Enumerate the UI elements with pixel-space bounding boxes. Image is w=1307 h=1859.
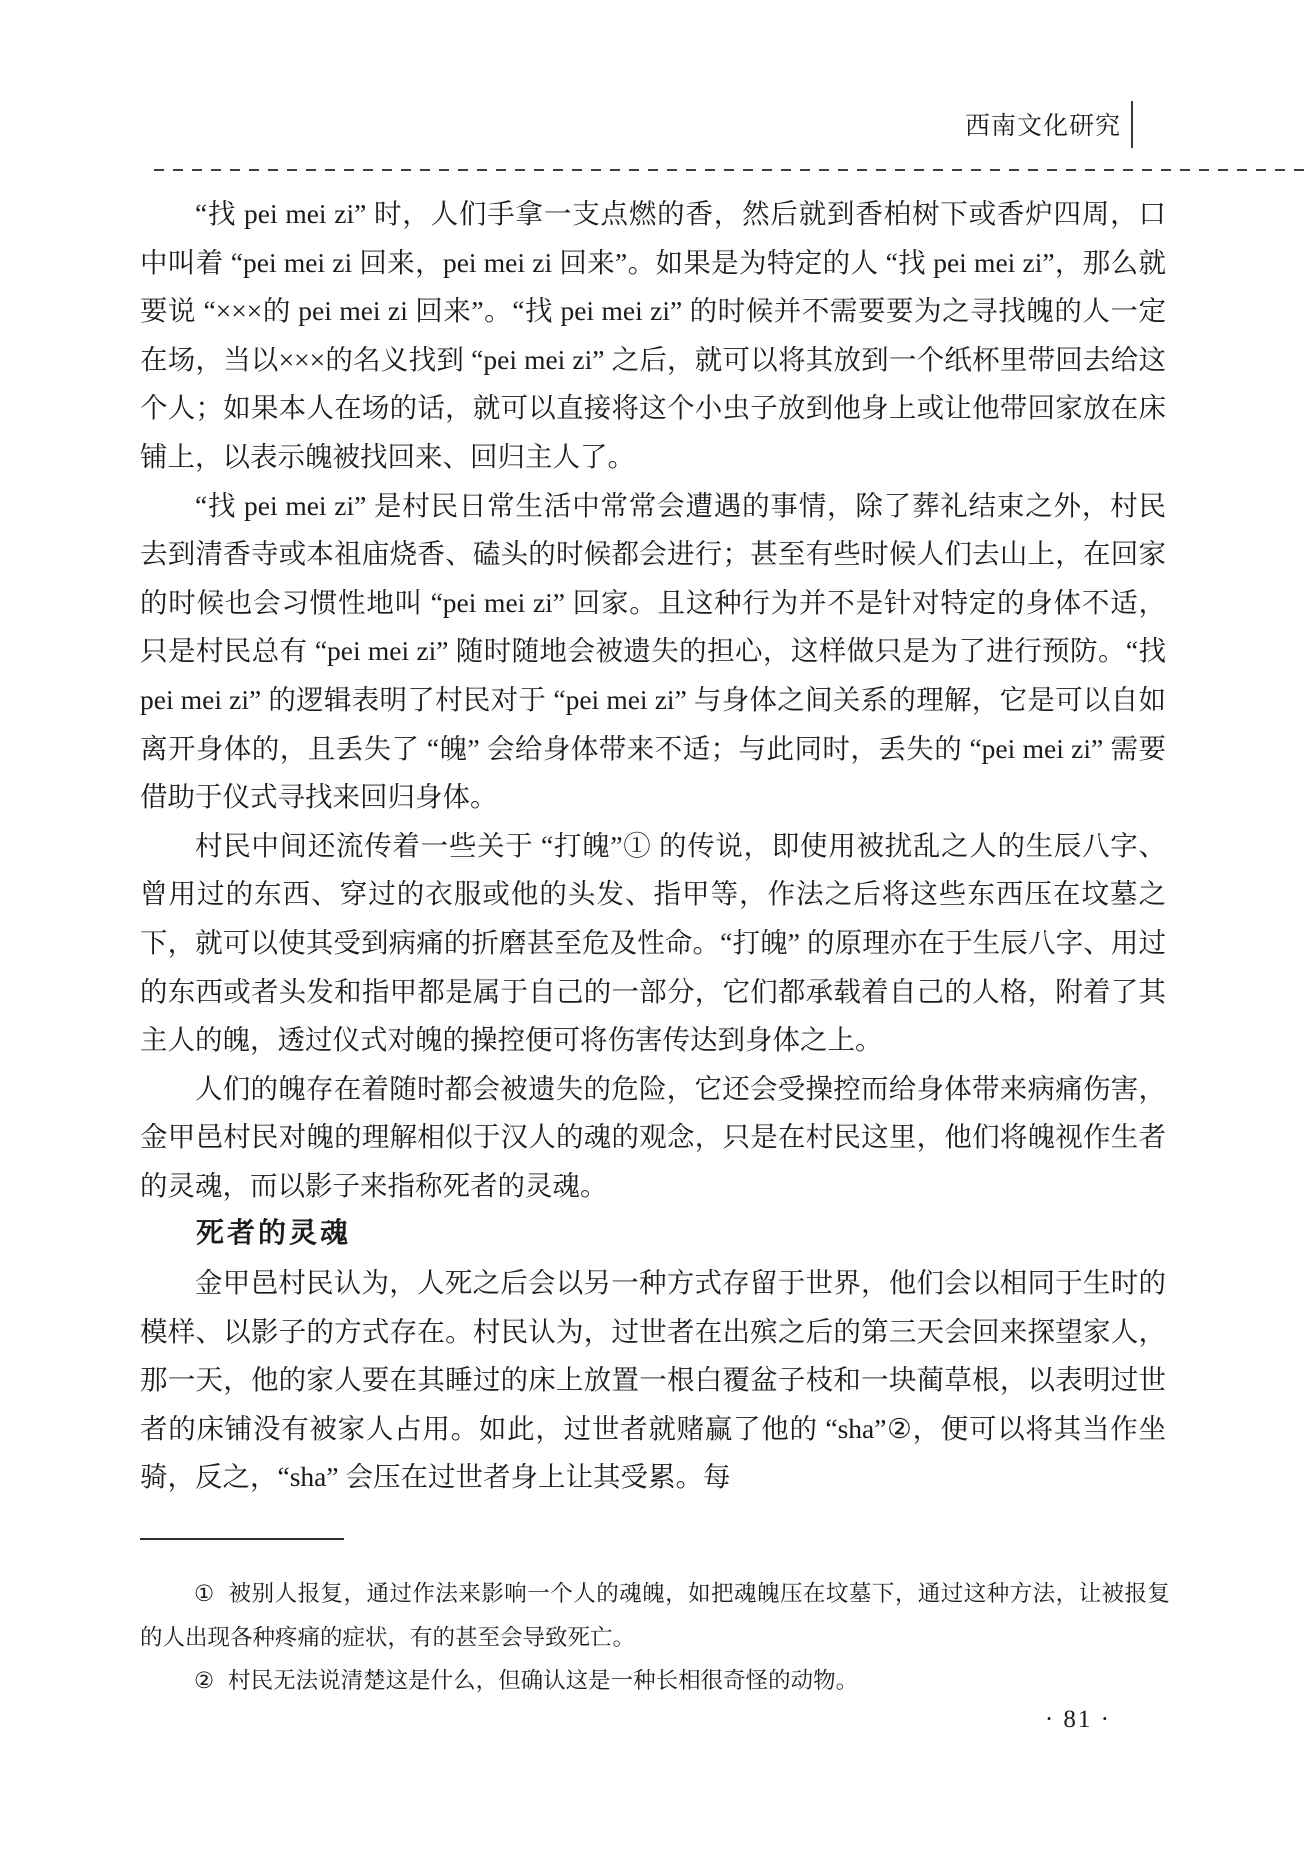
body-paragraph: 人们的魄存在着随时都会被遗失的危险，它还会受操控而给身体带来病痛伤害，金甲邑村民… xyxy=(140,1065,1166,1211)
footnote-text: 被别人报复，通过作法来影响一个人的魂魄，如把魂魄压在坟墓下，通过这种方法，让被报… xyxy=(140,1581,1170,1650)
footnote-item: ①被别人报复，通过作法来影响一个人的魂魄，如把魂魄压在坟墓下，通过这种方法，让被… xyxy=(140,1572,1170,1659)
footnote-marker: ① xyxy=(194,1581,215,1606)
footnote-marker: ② xyxy=(194,1668,214,1693)
running-header-title: 西南文化研究 xyxy=(965,106,1121,142)
body-paragraph: “找 pei mei zi” 是村民日常生活中常常会遭遇的事情，除了葬礼结束之外… xyxy=(140,482,1166,822)
body-paragraph: 村民中间还流传着一些关于 “打魄”① 的传说，即使用被扰乱之人的生辰八字、曾用过… xyxy=(140,822,1166,1065)
body-paragraph: 金甲邑村民认为，人死之后会以另一种方式存留于世界，他们会以相同于生时的模样、以影… xyxy=(140,1259,1166,1502)
footnote-item: ②村民无法说清楚这是什么，但确认这是一种长相很奇怪的动物。 xyxy=(140,1659,1170,1703)
body-paragraph: “找 pei mei zi” 时，人们手拿一支点燃的香，然后就到香柏树下或香炉四… xyxy=(140,190,1166,482)
header-dashed-rule xyxy=(154,169,1307,171)
footnotes-block: ①被别人报复，通过作法来影响一个人的魂魄，如把魂魄压在坟墓下，通过这种方法，让被… xyxy=(140,1572,1170,1703)
page-number: · 81 · xyxy=(1045,1706,1111,1734)
footnote-text: 村民无法说清楚这是什么，但确认这是一种长相很奇怪的动物。 xyxy=(228,1668,858,1693)
footnote-divider xyxy=(140,1538,344,1540)
document-page: 西南文化研究 “找 pei mei zi” 时，人们手拿一支点燃的香，然后就到香… xyxy=(0,0,1307,1859)
section-heading: 死者的灵魂 xyxy=(140,1210,1166,1259)
body-content: “找 pei mei zi” 时，人们手拿一支点燃的香，然后就到香柏树下或香炉四… xyxy=(140,190,1166,1502)
header-divider-bar xyxy=(1131,101,1133,148)
